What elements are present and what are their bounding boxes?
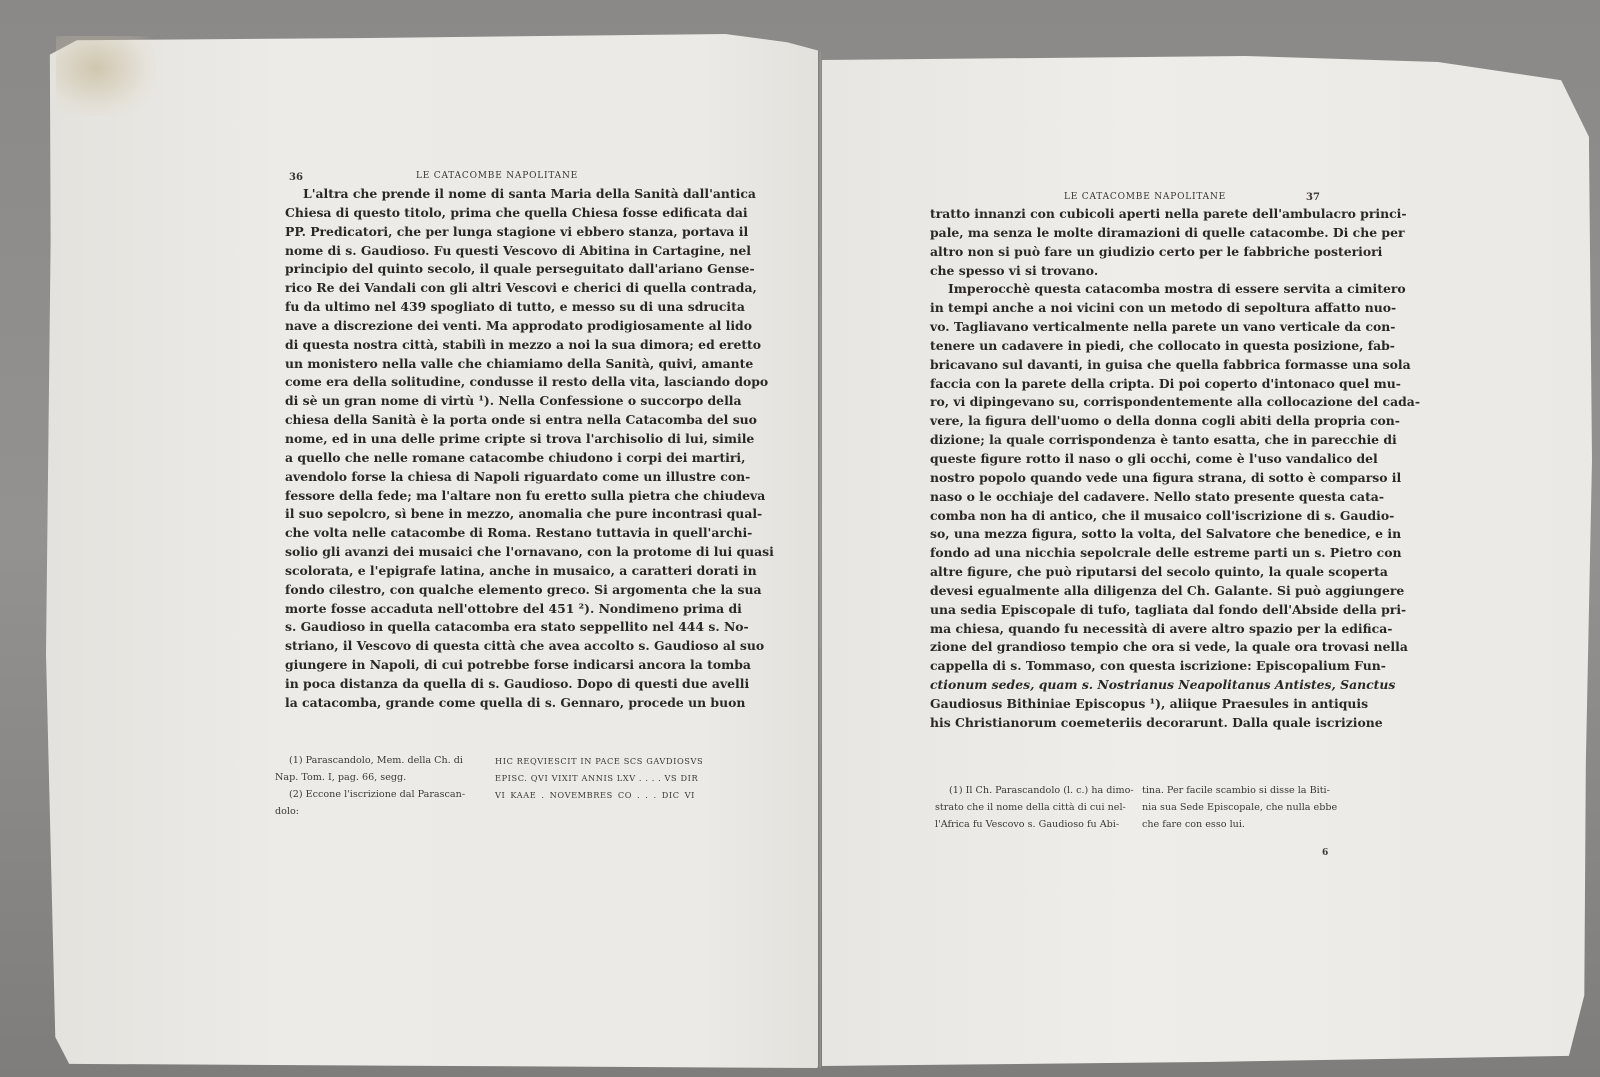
text-line: his Christianorum coemeteriis decorarunt… (930, 714, 1338, 733)
footnote-line: tina. Per facile scambio si disse la Bit… (1142, 782, 1342, 799)
text-line: chiesa della Sanità è la porta onde si e… (285, 411, 697, 430)
text-line: bricavano sul davanti, in guisa che quel… (930, 356, 1338, 375)
text-line: comba non ha di antico, che il musaico c… (930, 507, 1338, 526)
inscription-line: EPISC. QVI VIXIT ANNIS LXV . . . . VS DI… (495, 770, 695, 787)
inscription-block: HIC REQVIESCIT IN PACE SCS GAVDIOSVS EPI… (495, 753, 695, 804)
text-line: tratto innanzi con cubicoli aperti nella… (930, 205, 1338, 224)
text-line: tenere un cadavere in piedi, che colloca… (930, 337, 1338, 356)
text-line: solio gli avanzi dei musaici che l'ornav… (285, 543, 697, 562)
text-line: vere, la figura dell'uomo o della donna … (930, 412, 1338, 431)
text-line-0: L'altra che prende il nome di santa Mari… (303, 186, 756, 201)
footnote-line: l'Africa fu Vescovo s. Gaudioso fu Abi- (935, 816, 1135, 833)
text-line: s. Gaudioso in quella catacomba era stat… (285, 618, 697, 637)
footnote-line: (1) Il Ch. Parascandolo (l. c.) ha dimo- (935, 782, 1135, 799)
text-line: PP. Predicatori, che per lunga stagione … (285, 223, 697, 242)
text-line: fessore della fede; ma l'altare non fu e… (285, 487, 697, 506)
footnote-line: strato che il nome della città di cui ne… (935, 799, 1135, 816)
text-line: a quello che nelle romane catacombe chiu… (285, 449, 697, 468)
text-line: ma chiesa, quando fu necessità di avere … (930, 620, 1338, 639)
footnote-line: (2) Eccone l'iscrizione dal Parascan- (275, 786, 475, 803)
text-line: in poca distanza da quella di s. Gaudios… (285, 675, 697, 694)
text-line: nave a discrezione dei venti. Ma approda… (285, 317, 697, 336)
text-line: so, una mezza figura, sotto la volta, de… (930, 525, 1338, 544)
text-line: altro non si può fare un giudizio certo … (930, 243, 1338, 262)
text-line: naso o le occhiaje del cadavere. Nello s… (930, 488, 1338, 507)
text-line: striano, il Vescovo di questa città che … (285, 637, 697, 656)
text-line: nome, ed in una delle prime cripte si tr… (285, 430, 697, 449)
text-line: faccia con la parete della cripta. Di po… (930, 375, 1338, 394)
text-line: vo. Tagliavano verticalmente nella paret… (930, 318, 1338, 337)
text-line: ctionum sedes, quam s. Nostrianus Neapol… (930, 676, 1338, 695)
left-page-number: 36 (289, 172, 303, 183)
text-line: ro, vi dipingevano su, corrispondentemen… (930, 393, 1338, 412)
left-body-text: L'altra che prende il nome di santa Mari… (285, 185, 697, 713)
right-footnotes-col1: (1) Il Ch. Parascandolo (l. c.) ha dimo-… (935, 782, 1135, 833)
text-line: una sedia Episcopale di tufo, tagliata d… (930, 601, 1338, 620)
text-line: in tempi anche a noi vicini con un metod… (930, 299, 1338, 318)
text-line: la catacomba, grande come quella di s. G… (285, 694, 697, 713)
footnote-line: (1) Parascandolo, Mem. della Ch. di (275, 752, 475, 769)
text-line: pale, ma senza le molte diramazioni di q… (930, 224, 1338, 243)
text-line: Chiesa di questo titolo, prima che quell… (285, 204, 697, 223)
text-line: fu da ultimo nel 439 spogliato di tutto,… (285, 298, 697, 317)
right-running-head: LE CATACOMBE NAPOLITANE (1064, 192, 1226, 202)
text-line: un monistero nella valle che chiamiamo d… (285, 355, 697, 374)
text-line: fondo cilestro, con qualche elemento gre… (285, 581, 697, 600)
footnote-line: che fare con esso lui. (1142, 816, 1342, 833)
text-line: zione del grandioso tempio che ora si ve… (930, 638, 1338, 657)
footnote-line: nia sua Sede Episcopale, che nulla ebbe (1142, 799, 1342, 816)
text-line: di questa nostra città, stabilì in mezzo… (285, 336, 697, 355)
text-line: cappella di s. Tommaso, con questa iscri… (930, 657, 1338, 676)
right-page-number: 37 (1306, 192, 1320, 203)
inscription-line: HIC REQVIESCIT IN PACE SCS GAVDIOSVS (495, 753, 695, 770)
text-line: avendolo forse la chiesa di Napoli rigua… (285, 468, 697, 487)
text-line: di sè un gran nome di virtù ¹). Nella Co… (285, 392, 697, 411)
text-line: Gaudiosus Bithiniae Episcopus ¹), aliiqu… (930, 695, 1338, 714)
left-footnotes: (1) Parascandolo, Mem. della Ch. di Nap.… (275, 752, 475, 820)
text-line: Imperocchè questa catacomba mostra di es… (930, 280, 1338, 299)
text-line: che spesso vi si trovano. (930, 262, 1338, 281)
paper-stain (56, 36, 156, 116)
text-line: morte fosse accaduta nell'ottobre del 45… (285, 600, 697, 619)
text-line: altre figure, che può riputarsi del seco… (930, 563, 1338, 582)
text-line: il suo sepolcro, sì bene in mezzo, anoma… (285, 505, 697, 524)
footnote-line: dolo: (275, 803, 475, 820)
text-line: nostro popolo quando vede una figura str… (930, 469, 1338, 488)
right-body-text: tratto innanzi con cubicoli aperti nella… (930, 205, 1338, 733)
text-line: giungere in Napoli, di cui potrebbe fors… (285, 656, 697, 675)
text-line: fondo ad una nicchia sepolcrale delle es… (930, 544, 1338, 563)
footnote-line: Nap. Tom. I, pag. 66, segg. (275, 769, 475, 786)
text-line: rico Re dei Vandali con gli altri Vescov… (285, 279, 697, 298)
text-line: queste figure rotto il naso o gli occhi,… (930, 450, 1338, 469)
text-line: come era della solitudine, condusse il r… (285, 373, 697, 392)
left-running-head: LE CATACOMBE NAPOLITANE (416, 171, 578, 181)
book-gutter (818, 52, 821, 1068)
text-line: nome di s. Gaudioso. Fu questi Vescovo d… (285, 242, 697, 261)
signature-mark: 6 (1322, 848, 1328, 858)
text-line: dizione; la quale corrispondenza è tanto… (930, 431, 1338, 450)
text-line: che volta nelle catacombe di Roma. Resta… (285, 524, 697, 543)
text-line: scolorata, e l'epigrafe latina, anche in… (285, 562, 697, 581)
inscription-line: VI KAAE . NOVEMBRES CO . . . DIC VI (495, 787, 695, 804)
text-line: devesi egualmente alla diligenza del Ch.… (930, 582, 1338, 601)
text-line: principio del quinto secolo, il quale pe… (285, 260, 697, 279)
right-footnotes-col2: tina. Per facile scambio si disse la Bit… (1142, 782, 1342, 833)
text-line: L'altra che prende il nome di santa Mari… (285, 185, 697, 204)
